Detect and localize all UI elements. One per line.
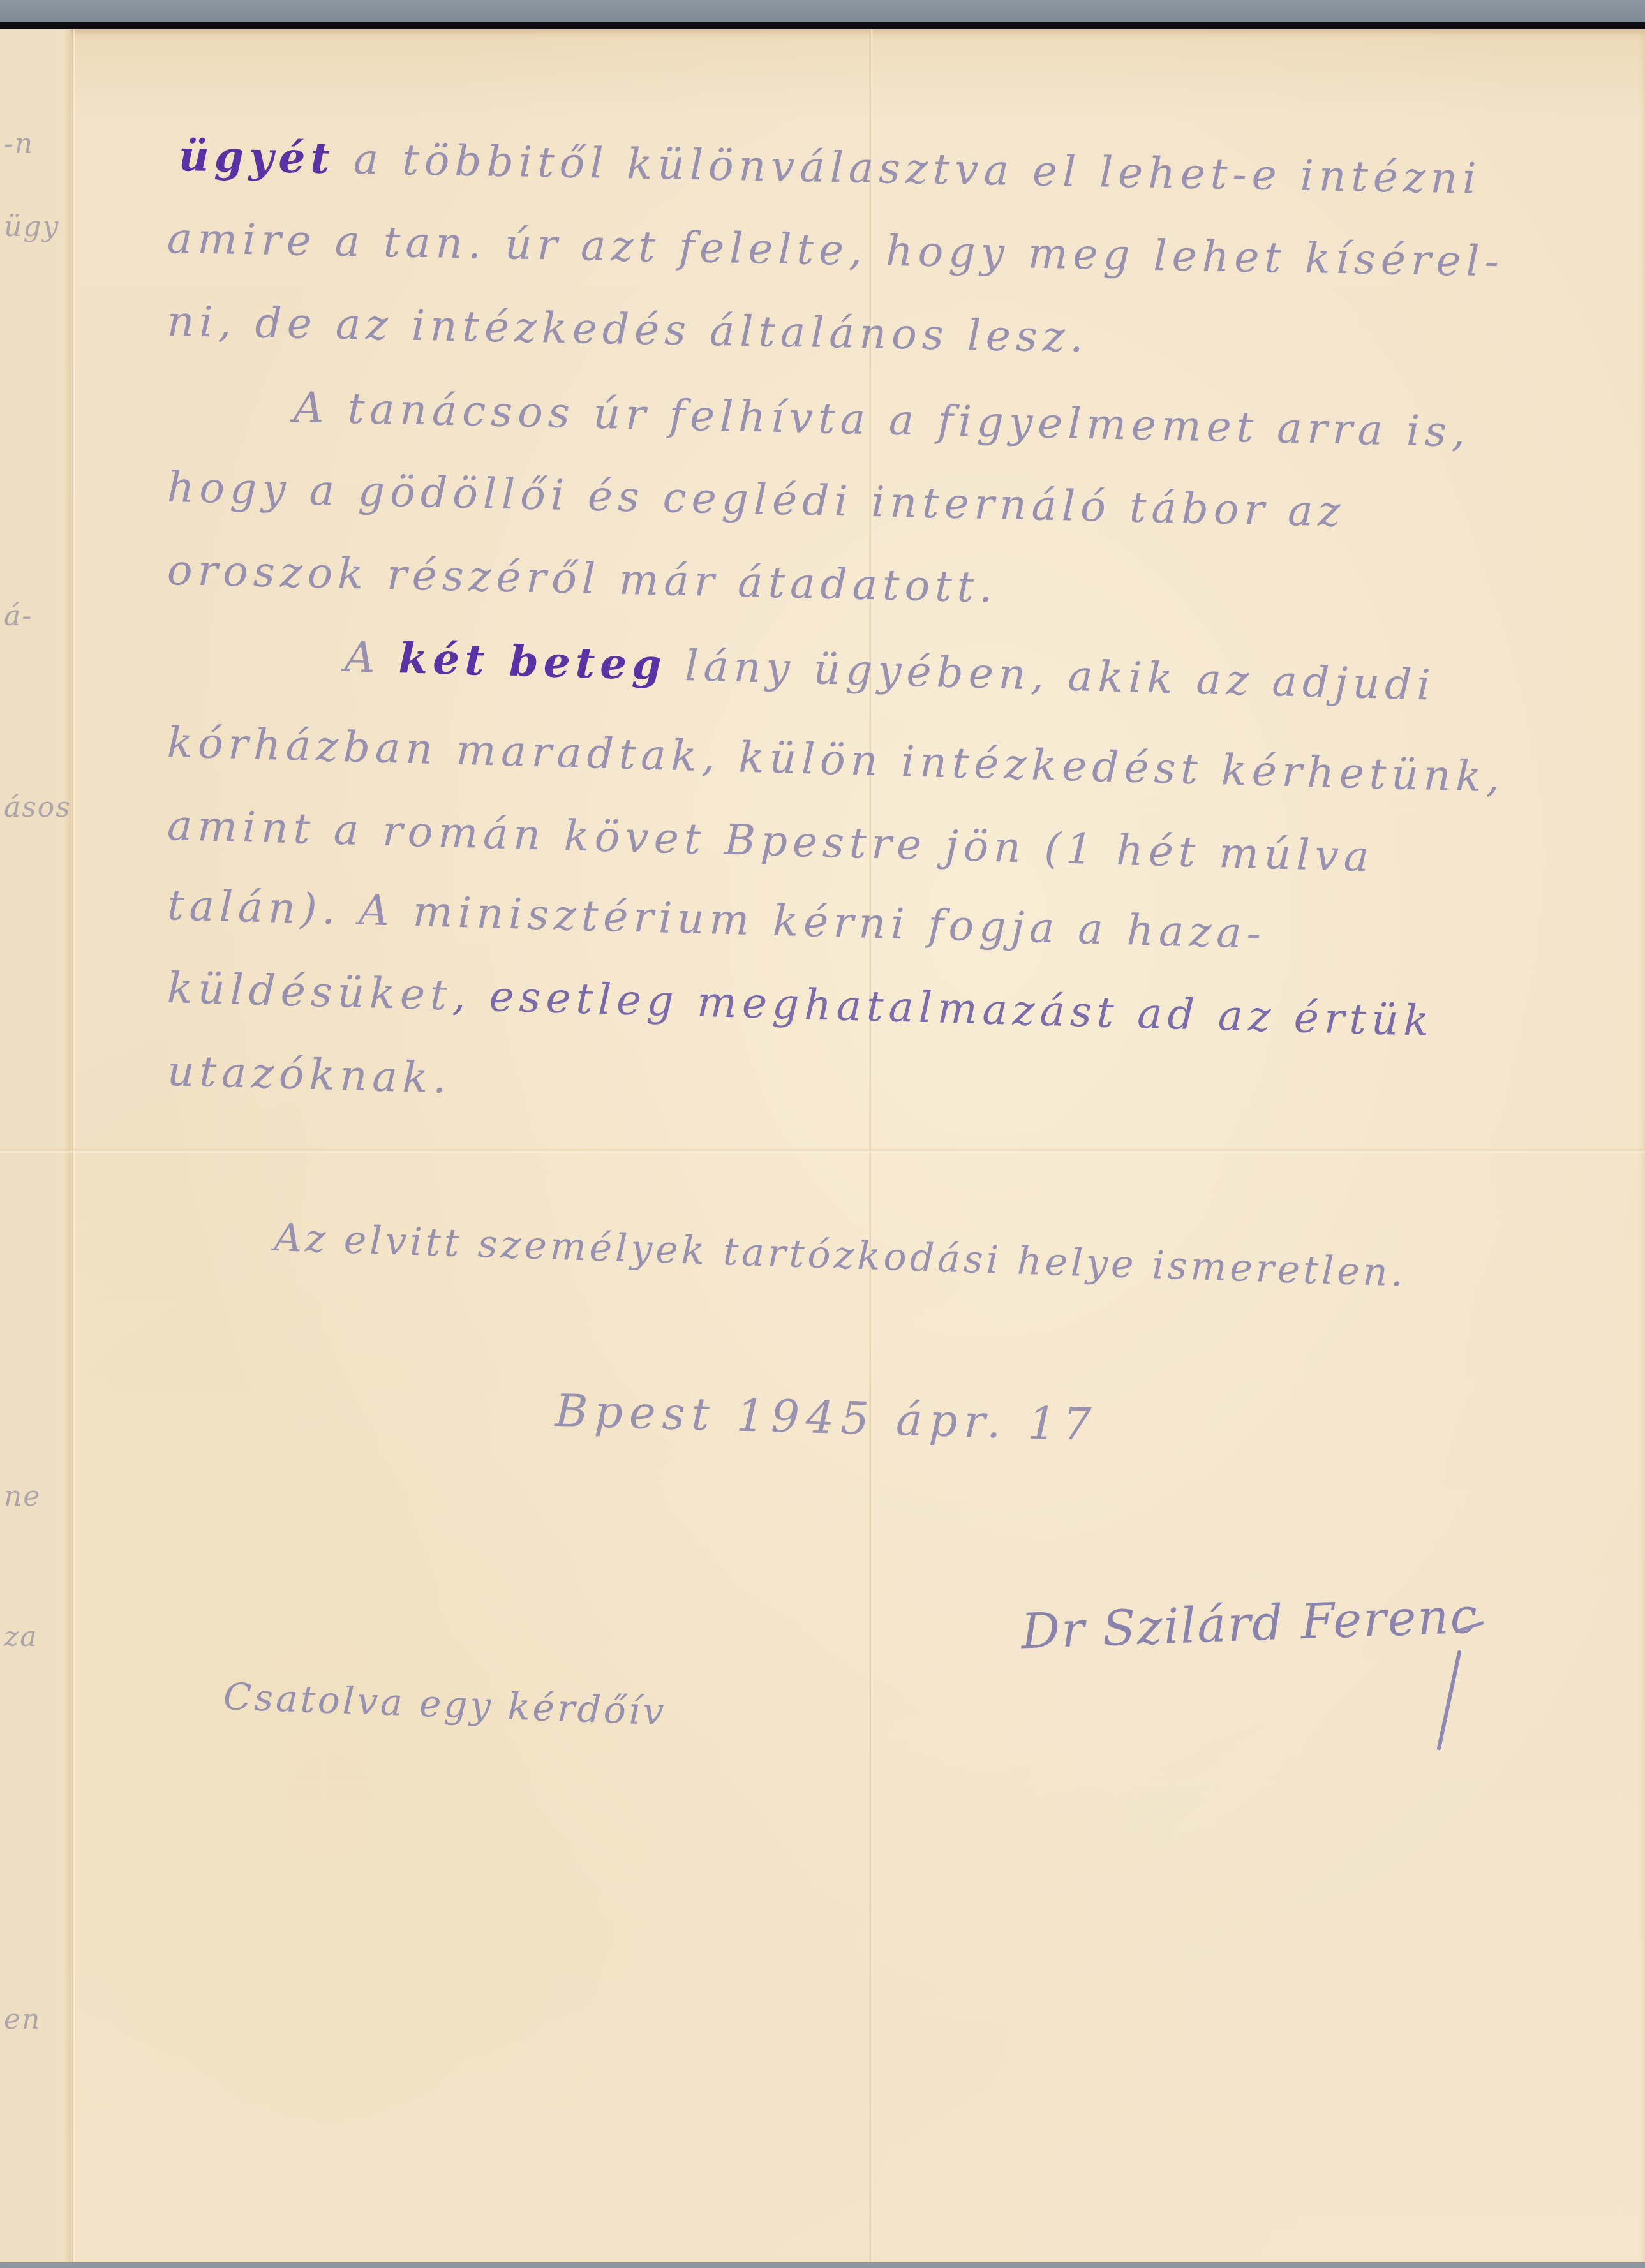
margin-fragment: ügy: [4, 211, 59, 243]
page-edge-fold: [71, 29, 75, 2262]
margin-fragment: za: [4, 1620, 38, 1653]
margin-fragment: á-: [4, 600, 33, 632]
ink-overwrite: ügyét: [178, 131, 335, 183]
margin-fragment: -n: [4, 128, 34, 160]
ink-overwrite: két beteg: [398, 633, 667, 690]
margin-fragment: ásos: [4, 791, 71, 824]
horizontal-fold-crease: [0, 1148, 1645, 1153]
scanner-background: [0, 0, 1645, 22]
margin-fragment: ne: [4, 1480, 41, 1513]
vertical-fold-crease: [869, 29, 873, 2262]
previous-page-strip: [0, 29, 71, 2262]
margin-fragment: en: [4, 2003, 41, 2036]
letter-line: utazóknak.: [167, 1046, 452, 1103]
letter-page: [0, 29, 1645, 2262]
